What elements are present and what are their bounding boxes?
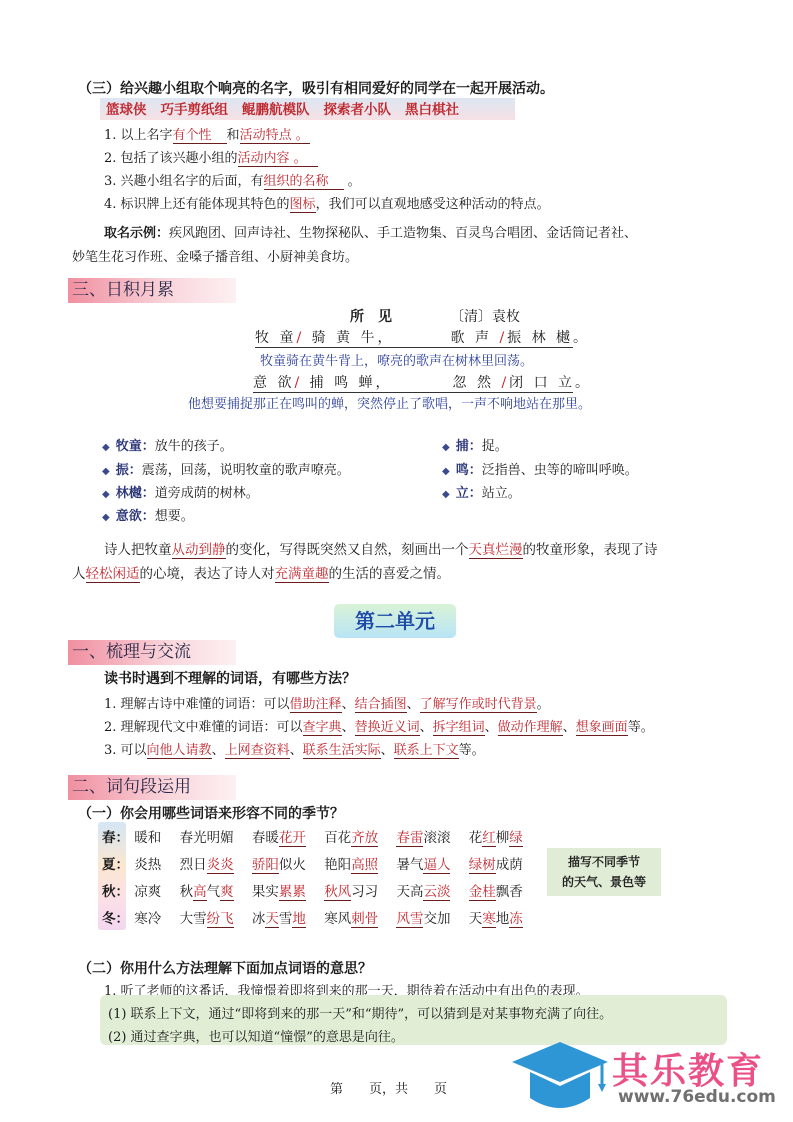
definition: ◆意欲：想要。: [102, 505, 194, 524]
diamond-bullet-icon: ◆: [102, 442, 110, 453]
season-row-winter: 冬： 寒冷 大雪纷飞 冰天雪地 寒风刺骨 风雪交加 天寒地冻: [102, 907, 537, 927]
group-name: 探索者小队: [324, 102, 392, 118]
diamond-bullet-icon: ◆: [442, 489, 450, 500]
diamond-bullet-icon: ◆: [102, 512, 110, 523]
group-name: 黑白棋社: [405, 102, 459, 118]
poem-line-1: 牧 童/ 骑 黄 牛，歌 声 /振 林 樾。: [255, 327, 573, 348]
item-1: 1. 以上名字有个性和活动特点 。: [104, 124, 310, 144]
poem-line-2: 意 欲/ 捕 鸣 蝉，忽 然 /闭 口 立。: [253, 372, 573, 393]
definition: ◆林樾：道旁成荫的树林。: [102, 482, 259, 501]
diamond-bullet-icon: ◆: [102, 489, 110, 500]
section-heading-shuli: 一、梳理与交流: [68, 640, 236, 665]
definition: ◆立：站立。: [442, 482, 521, 501]
word-meaning-question: （二）你用什么方法理解下面加点词语的意思？: [78, 958, 372, 978]
translation-2: 他想要捕捉那正在鸣叫的蝉，突然停止了歌唱，一声不响地站在那里。: [188, 393, 591, 412]
season-note-box: 描写不同季节 的天气、景色等: [547, 848, 661, 896]
poem-summary-line-1: 诗人把牧童从动到静的变化，写得既突然又自然，刻画出一个天真烂漫的牧童形象，表现了…: [104, 538, 658, 558]
item-3: 3. 兴趣小组名字的后面，有组织的名称 。: [104, 170, 361, 190]
shuli-item-1: 1. 理解古诗中难懂的词语：可以借助注释、结合插图、了解写作或时代背景。: [104, 693, 550, 712]
answer-1: (1) 联系上下文，通过“即将到来的那一天”和“期待”，可以猜到是对某事物充满了…: [108, 1003, 612, 1022]
poem-author: 〔清〕袁枚: [450, 306, 520, 326]
definition: ◆振：震荡，回荡，说明牧童的歌声嘹亮。: [102, 459, 350, 478]
graduation-cap-icon: [510, 1040, 610, 1118]
page-footer: 第 页，共 页: [330, 1078, 447, 1097]
season-row-autumn: 秋： 凉爽 秋高气爽 果实累累 秋风习习 天高云淡 金桂飘香: [102, 880, 537, 900]
poem-summary-line-2: 人轻松闲适的心境，表达了诗人对充满童趣的生活的喜爱之情。: [72, 562, 450, 582]
answer-blank: 图标: [290, 197, 316, 213]
season-question: （一）你会用哪些词语来形容不同的季节？: [78, 803, 344, 823]
section-3-title: （三）给兴趣小组取个响亮的名字，吸引有相同爱好的同学在一起开展活动。: [78, 78, 554, 98]
section-heading-rijiyuelei: 三、日积月累: [68, 278, 236, 303]
shuli-item-3: 3. 可以向他人请教、上网查资料、联系生活实际、联系上下文等。: [104, 739, 485, 758]
answer-2: (2) 通过查字典，也可以知道“憧憬”的意思是向往。: [108, 1026, 404, 1045]
diamond-bullet-icon: ◆: [442, 466, 450, 477]
answer-blank: 有个性: [173, 124, 227, 144]
definition: ◆捕：捉。: [442, 435, 508, 454]
naming-examples-cont: 妙笔生花习作班、金嗓子播音组、小厨神美食坊。: [72, 246, 358, 265]
group-names-band: 篮球侠巧手剪纸组鲲鹏航模队探索者小队黑白棋社: [100, 98, 515, 120]
group-name: 巧手剪纸组: [161, 102, 229, 118]
translation-1: 牧童骑在黄牛背上，嘹亮的歌声在树林里回荡。: [260, 350, 533, 369]
shuli-item-2: 2. 理解现代文中难懂的词语：可以查字典、替换近义词、拆字组词、做动作理解、想象…: [104, 716, 654, 735]
item-2: 2. 包括了该兴趣小组的活动内容 。: [104, 147, 318, 167]
brand-url: www.76edu.com: [618, 1087, 776, 1107]
shuli-question: 读书时遇到不理解的词语，有哪些方法？: [104, 668, 356, 688]
definition: ◆牧童：放牛的孩子。: [102, 435, 233, 454]
diamond-bullet-icon: ◆: [442, 442, 450, 453]
unit-title: 第二单元: [334, 604, 456, 638]
season-row-spring: 春： 暖和 春光明媚 春暖花开 百花齐放 春雷滚滚 花红柳绿: [102, 826, 537, 846]
naming-examples: 取名示例：疾风跑团、回声诗社、生物探秘队、手工造物集、百灵鸟合唱团、金话筒记者社…: [104, 222, 637, 241]
section-heading-ciju: 二、词句段运用: [68, 775, 236, 800]
group-name: 鲲鹏航模队: [242, 102, 310, 118]
definition: ◆鸣：泛指兽、虫等的啼叫呼唤。: [442, 459, 638, 478]
answer-blank: 活动内容 。: [238, 147, 318, 167]
diamond-bullet-icon: ◆: [102, 466, 110, 477]
poem-title: 所 见: [350, 306, 392, 326]
season-row-summer: 夏： 炎热 烈日炎炎 骄阳似火 艳阳高照 暑气逼人 绿树成荫: [102, 853, 537, 873]
item-4: 4. 标识牌上还有能体现其特色的图标，我们可以直观地感受这种活动的特点。: [104, 193, 550, 212]
answer-blank: 活动特点 。: [240, 124, 310, 144]
group-name: 篮球侠: [106, 102, 147, 118]
answer-blank: 组织的名称: [264, 170, 344, 190]
